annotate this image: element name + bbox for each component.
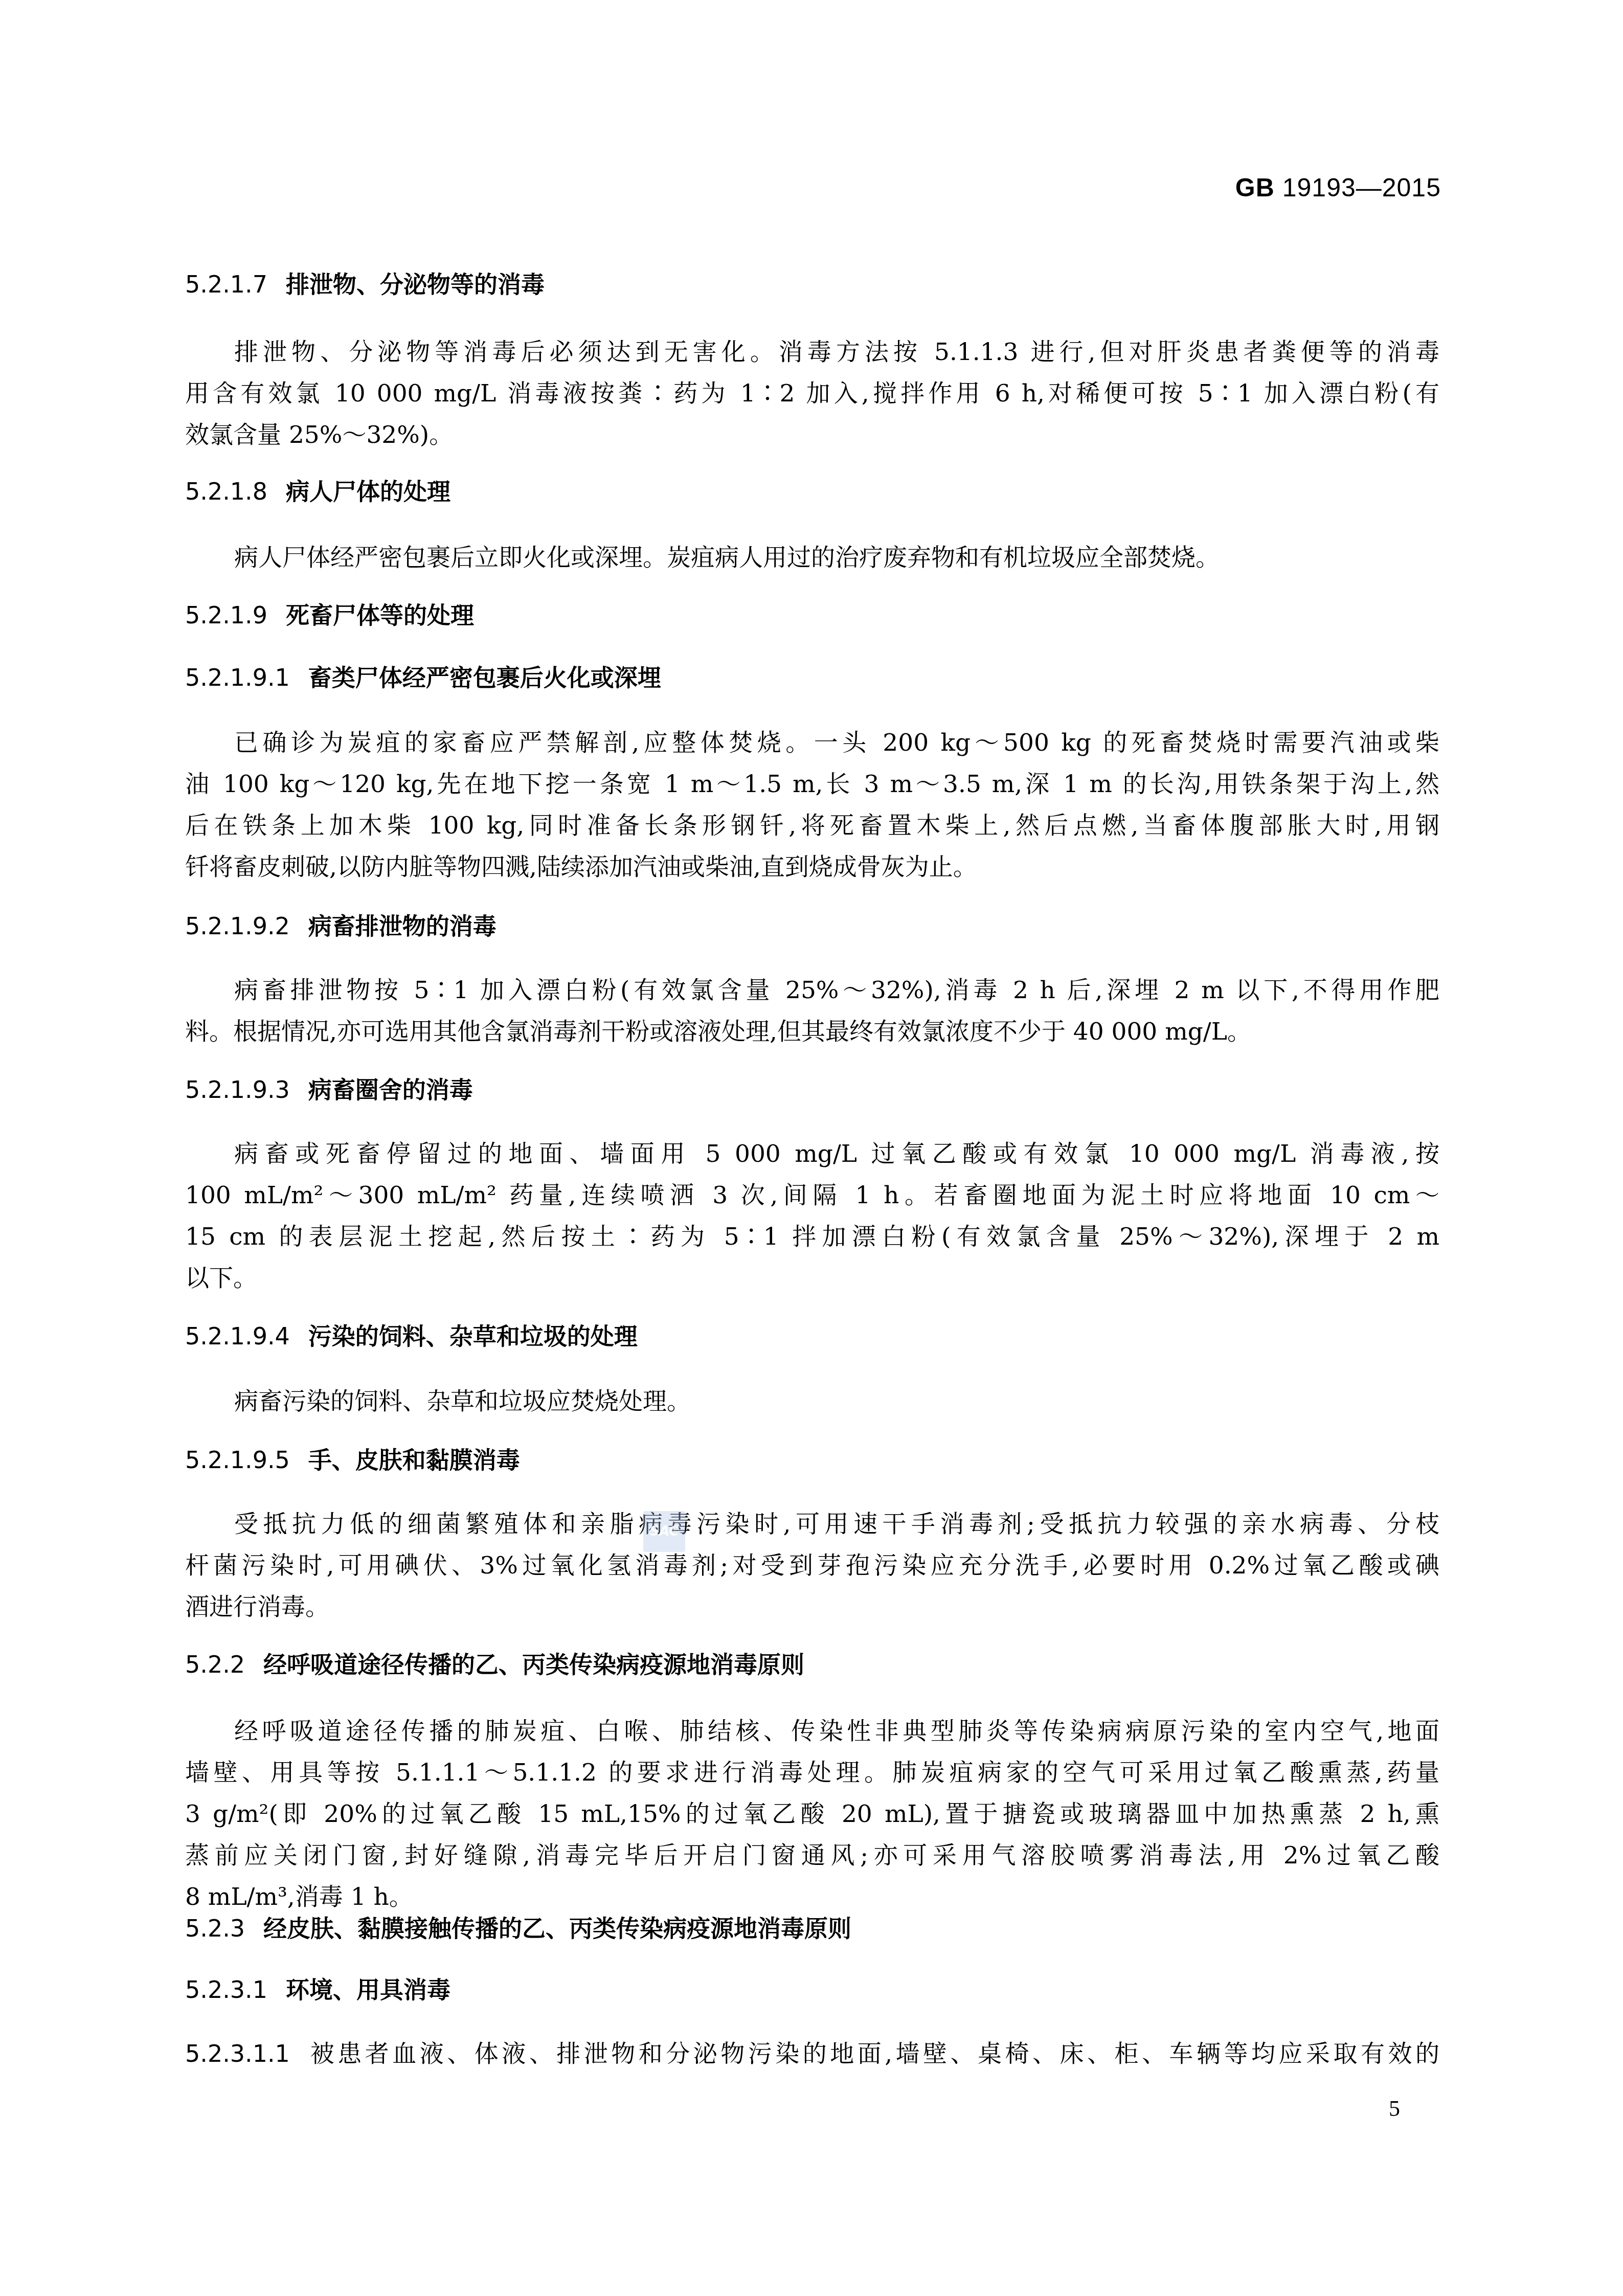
paragraph-5-2-3-1-1: 5.2.3.1.1 被患者血液、体液、排泄物和分泌物污染的地面,墙壁、桌椅、床、… xyxy=(185,2033,1439,2075)
text-line: 料。根据情况,亦可选用其他含氯消毒剂干粉或溶液处理,但其最终有效氯浓度不少于 4… xyxy=(185,1011,1439,1052)
heading-title: 病畜排泄物的消毒 xyxy=(308,912,497,940)
heading-5-2-2: 5.2.2经呼吸道途径传播的乙、丙类传染病疫源地消毒原则 xyxy=(185,1653,804,1676)
text-line: 酒进行消毒。 xyxy=(185,1586,1439,1628)
text-line: 钎将畜皮刺破,以防内脏等物四溅,陆续添加汽油或柴油,直到烧成骨灰为止。 xyxy=(185,846,1439,888)
heading-title: 病人尸体的处理 xyxy=(286,478,450,505)
text-line: 5.2.3.1.1 被患者血液、体液、排泄物和分泌物污染的地面,墙壁、桌椅、床、… xyxy=(185,2033,1439,2075)
paragraph-5-2-2: 经呼吸道途径传播的肺炭疽、白喉、肺结核、传染性非典型肺炎等传染病病原污染的室内空… xyxy=(185,1710,1439,1918)
text-line: 病畜污染的饲料、杂草和垃圾应焚烧处理。 xyxy=(185,1381,1439,1422)
text-line: 杆菌污染时,可用碘伏、3%过氧化氢消毒剂;对受到芽孢污染应充分洗手,必要时用 0… xyxy=(185,1545,1439,1586)
heading-5-2-3: 5.2.3经皮肤、黏膜接触传播的乙、丙类传染病疫源地消毒原则 xyxy=(185,1917,851,1940)
heading-5-2-1-9: 5.2.1.9死畜尸体等的处理 xyxy=(185,603,474,627)
text-line: 蒸前应关闭门窗,封好缝隙,消毒完毕后开启门窗通风;亦可采用气溶胶喷雾消毒法,用 … xyxy=(185,1835,1439,1876)
paragraph-5-2-1-9-3: 病畜或死畜停留过的地面、墙面用 5 000 mg/L 过氧乙酸或有效氯 10 0… xyxy=(185,1133,1439,1299)
text-line: 以下。 xyxy=(185,1257,1439,1299)
text-line: 100 mL/m²～300 mL/m² 药量,连续喷洒 3 次,间隔 1 h。若… xyxy=(185,1175,1439,1216)
heading-number: 5.2.1.9 xyxy=(185,603,267,627)
heading-5-2-1-9-1: 5.2.1.9.1畜类尸体经严密包裹后火化或深埋 xyxy=(185,666,661,689)
paragraph-5-2-1-9-4: 病畜污染的饲料、杂草和垃圾应焚烧处理。 xyxy=(185,1381,1439,1422)
text-line: 用含有效氯 10 000 mg/L 消毒液按粪∶药为 1∶2 加入,搅拌作用 6… xyxy=(185,373,1439,414)
heading-title: 经皮肤、黏膜接触传播的乙、丙类传染病疫源地消毒原则 xyxy=(263,1915,851,1942)
text-line: 经呼吸道途径传播的肺炭疽、白喉、肺结核、传染性非典型肺炎等传染病病原污染的室内空… xyxy=(185,1710,1439,1752)
heading-5-2-3-1: 5.2.3.1环境、用具消毒 xyxy=(185,1978,450,2001)
document-page: GB 19193—2015 5.2.1.7排泄物、分泌物等的消毒 排泄物、分泌物… xyxy=(0,0,1623,2296)
text-line: 15 cm 的表层泥土挖起,然后按土∶药为 5∶1 拌加漂白粉(有效氯含量 25… xyxy=(185,1216,1439,1257)
paragraph-5-2-1-9-5: 受抵抗力低的细菌繁殖体和亲脂病毒污染时,可用速干手消毒剂;受抵抗力较强的亲水病毒… xyxy=(185,1503,1439,1628)
page-number: 5 xyxy=(1389,2096,1400,2122)
heading-number: 5.2.3.1 xyxy=(185,1978,267,2001)
inline-body-text: 被患者血液、体液、排泄物和分泌物污染的地面,墙壁、桌椅、床、柜、车辆等均应采取有… xyxy=(310,2033,1439,2075)
text-line: 病畜或死畜停留过的地面、墙面用 5 000 mg/L 过氧乙酸或有效氯 10 0… xyxy=(185,1133,1439,1175)
text-line: 油 100 kg～120 kg,先在地下挖一条宽 1 m～1.5 m,长 3 m… xyxy=(185,763,1439,805)
text-line: 受抵抗力低的细菌繁殖体和亲脂病毒污染时,可用速干手消毒剂;受抵抗力较强的亲水病毒… xyxy=(185,1503,1439,1545)
heading-5-2-1-9-5: 5.2.1.9.5手、皮肤和黏膜消毒 xyxy=(185,1448,520,1472)
heading-number: 5.2.1.9.1 xyxy=(185,666,290,689)
text-line: 病人尸体经严密包裹后立即火化或深埋。炭疽病人用过的治疗废弃物和有机垃圾应全部焚烧… xyxy=(185,537,1439,578)
standard-code-header: GB 19193—2015 xyxy=(1235,173,1441,202)
paragraph-5-2-1-8: 病人尸体经严密包裹后立即火化或深埋。炭疽病人用过的治疗废弃物和有机垃圾应全部焚烧… xyxy=(185,537,1439,578)
heading-title: 污染的饲料、杂草和垃圾的处理 xyxy=(308,1322,638,1350)
text-line: 已确诊为炭疽的家畜应严禁解剖,应整体焚烧。一头 200 kg～500 kg 的死… xyxy=(185,722,1439,763)
heading-title: 环境、用具消毒 xyxy=(286,1976,450,2004)
text-line: 效氯含量 25%～32%)。 xyxy=(185,414,1439,456)
heading-5-2-1-7: 5.2.1.7排泄物、分泌物等的消毒 xyxy=(185,273,545,296)
heading-title: 手、皮肤和黏膜消毒 xyxy=(308,1446,520,1474)
heading-number: 5.2.1.9.2 xyxy=(185,914,290,938)
heading-number: 5.2.1.9.5 xyxy=(185,1448,290,1472)
heading-number: 5.2.3.1.1 xyxy=(185,2033,290,2075)
heading-title: 排泄物、分泌物等的消毒 xyxy=(286,271,545,298)
sac-watermark: SAC xyxy=(643,1511,685,1552)
heading-title: 畜类尸体经严密包裹后火化或深埋 xyxy=(308,664,661,691)
text-line: 病畜排泄物按 5∶1 加入漂白粉(有效氯含量 25%～32%),消毒 2 h 后… xyxy=(185,970,1439,1011)
heading-title: 病畜圈舍的消毒 xyxy=(308,1076,473,1104)
standard-number: 19193—2015 xyxy=(1282,173,1441,202)
heading-number: 5.2.3 xyxy=(185,1917,245,1940)
text-line: 3 g/m²(即 20%的过氧乙酸 15 mL,15%的过氧乙酸 20 mL),… xyxy=(185,1793,1439,1835)
standard-prefix: GB xyxy=(1235,173,1275,202)
heading-5-2-1-9-4: 5.2.1.9.4污染的饲料、杂草和垃圾的处理 xyxy=(185,1324,638,1348)
paragraph-5-2-1-9-2: 病畜排泄物按 5∶1 加入漂白粉(有效氯含量 25%～32%),消毒 2 h 后… xyxy=(185,970,1439,1052)
heading-title: 死畜尸体等的处理 xyxy=(286,601,474,629)
heading-number: 5.2.1.9.4 xyxy=(185,1324,290,1348)
heading-number: 5.2.1.7 xyxy=(185,273,267,296)
text-line: 排泄物、分泌物等消毒后必须达到无害化。消毒方法按 5.1.1.3 进行,但对肝炎… xyxy=(185,331,1439,373)
text-line: 后在铁条上加木柴 100 kg,同时准备长条形钢钎,将死畜置木柴上,然后点燃,当… xyxy=(185,805,1439,846)
text-line: 8 mL/m³,消毒 1 h。 xyxy=(185,1876,1439,1918)
heading-5-2-1-9-3: 5.2.1.9.3病畜圈舍的消毒 xyxy=(185,1078,473,1101)
heading-5-2-1-9-2: 5.2.1.9.2病畜排泄物的消毒 xyxy=(185,914,497,938)
heading-title: 经呼吸道途径传播的乙、丙类传染病疫源地消毒原则 xyxy=(263,1651,804,1678)
heading-number: 5.2.1.8 xyxy=(185,480,267,503)
heading-5-2-1-8: 5.2.1.8病人尸体的处理 xyxy=(185,480,450,503)
paragraph-5-2-1-7: 排泄物、分泌物等消毒后必须达到无害化。消毒方法按 5.1.1.3 进行,但对肝炎… xyxy=(185,331,1439,456)
text-line: 墙壁、用具等按 5.1.1.1～5.1.1.2 的要求进行消毒处理。肺炭疽病家的… xyxy=(185,1752,1439,1793)
heading-number: 5.2.2 xyxy=(185,1653,245,1676)
heading-number: 5.2.1.9.3 xyxy=(185,1078,290,1101)
paragraph-5-2-1-9-1: 已确诊为炭疽的家畜应严禁解剖,应整体焚烧。一头 200 kg～500 kg 的死… xyxy=(185,722,1439,888)
